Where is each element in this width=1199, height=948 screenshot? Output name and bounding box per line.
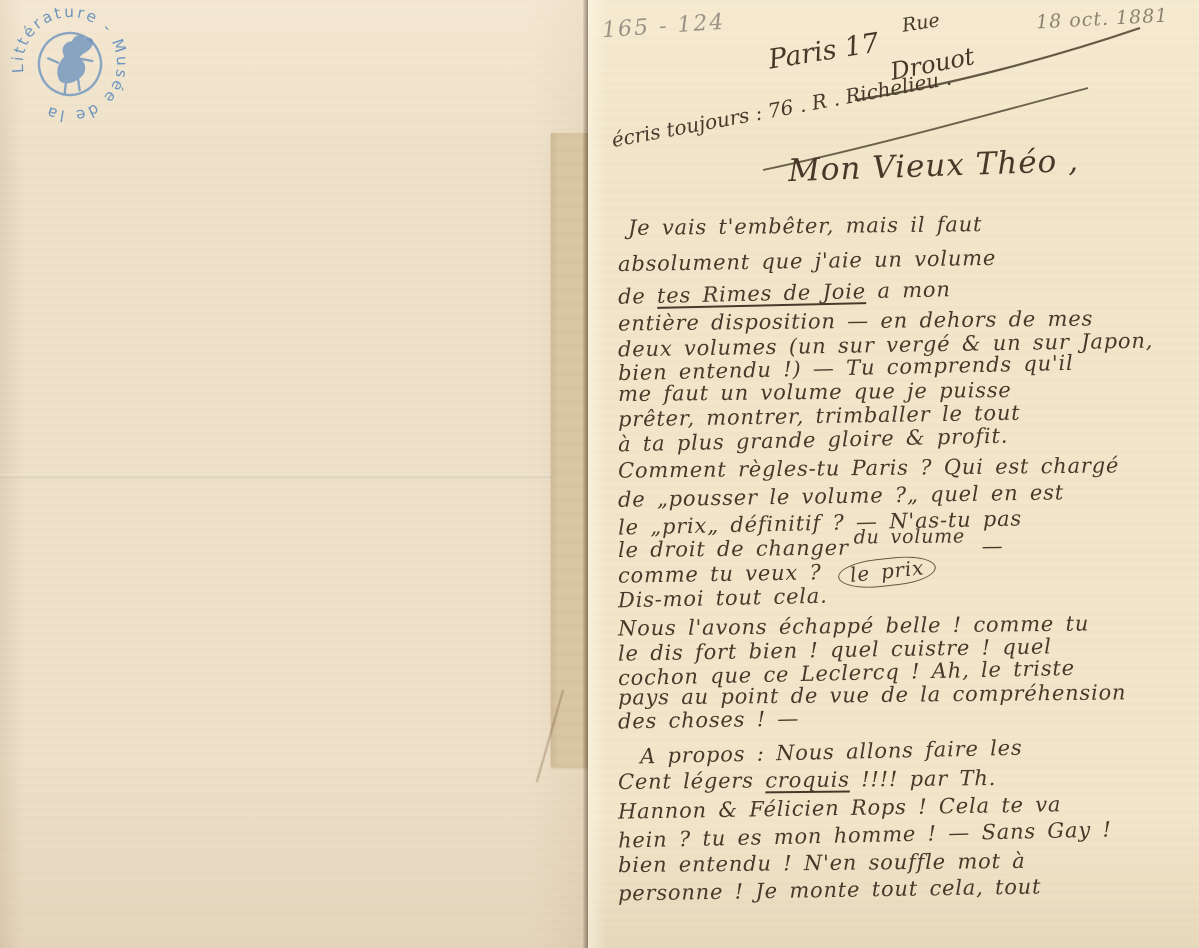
address-correction: écris toujours : 76 . R . Richelieu . xyxy=(610,65,954,152)
archive-number: 165 - 124 xyxy=(601,10,726,44)
salutation: Mon Vieux Théo , xyxy=(787,143,1079,189)
letter-line: absolument que j'aie un volume xyxy=(618,246,996,276)
letter-scan: Littérature - Musée de la 165 - 124 18 o… xyxy=(0,0,1199,948)
letter-line: Dis-moi tout cela. xyxy=(618,584,828,613)
address-paris: Paris 17 xyxy=(766,27,881,75)
letter-line: Hannon & Félicien Rops ! Cela te va xyxy=(618,792,1062,823)
letter-line: Comment règles-tu Paris ? Qui est chargé xyxy=(618,453,1119,482)
right-page: 165 - 124 18 oct. 1881 Paris 17 Rue Drou… xyxy=(588,0,1199,948)
museum-stamp: Littérature - Musée de la xyxy=(0,0,165,159)
left-page: Littérature - Musée de la xyxy=(0,0,588,948)
address-rue-word: Rue xyxy=(901,9,942,37)
letter-line: personne ! Je monte tout cela, tout xyxy=(618,874,1042,905)
letter-line: bien entendu ! N'en souffle mot à xyxy=(618,849,1026,877)
circled-le-prix: le prix xyxy=(836,553,937,591)
letter-line: de tes Rimes de Joie a mon xyxy=(618,277,951,309)
letter-line: Je vais t'embêter, mais il faut xyxy=(628,212,982,240)
griffin-figure-icon xyxy=(44,32,106,97)
letter-line: hein ? tu es mon homme ! — Sans Gay ! xyxy=(618,817,1112,852)
letter-line: Cent légers croquis !!!! par Th. xyxy=(618,766,996,794)
letter-line: des choses ! — xyxy=(618,706,800,733)
fold-crease xyxy=(0,474,588,478)
date-annotation: 18 oct. 1881 xyxy=(1036,5,1169,34)
letter-line: pays au point de vue de la compréhension xyxy=(618,680,1127,709)
letter-line: A propos : Nous allons faire les xyxy=(640,736,1023,769)
letter-line: le droit de changerdu volume — xyxy=(618,534,1004,562)
insertion-du-volume: du volume xyxy=(854,525,966,548)
